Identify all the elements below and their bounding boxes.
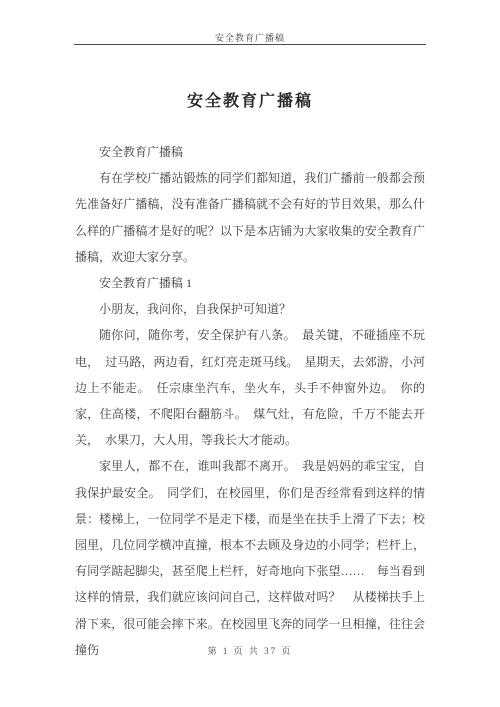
paragraph-heading: 安全教育广播稿 — [75, 139, 425, 165]
paragraph-campus-safety: 家里人，都不在，谁叫我都不离开。 我是妈妈的乖宝宝，自我保护最安全。 同学们，在… — [75, 453, 425, 663]
paragraph-section-heading: 安全教育广播稿 1 — [75, 270, 425, 296]
running-header-title: 安全教育广播稿 — [0, 31, 500, 44]
paragraph-question: 小朋友，我问你，自我保护可知道？ — [75, 296, 425, 322]
header-rule — [74, 44, 426, 45]
page-number-footer: 第 1 页 共 37 页 — [0, 644, 500, 657]
document-body: 安全教育广播稿 有在学校广播站锻炼的同学们都知道，我们广播前一般都会预先准备好广… — [75, 139, 425, 663]
paragraph-rhyme: 随你问，随你考，安全保护有八条。 最关键，不碰插座不玩电， 过马路，两边看，红灯… — [75, 322, 425, 453]
document-page: 安全教育广播稿 安全教育广播稿 安全教育广播稿 有在学校广播站锻炼的同学们都知道… — [0, 0, 500, 707]
paragraph-intro: 有在学校广播站锻炼的同学们都知道，我们广播前一般都会预先准备好广播稿，没有准备广… — [75, 165, 425, 270]
page-title: 安全教育广播稿 — [0, 88, 500, 111]
